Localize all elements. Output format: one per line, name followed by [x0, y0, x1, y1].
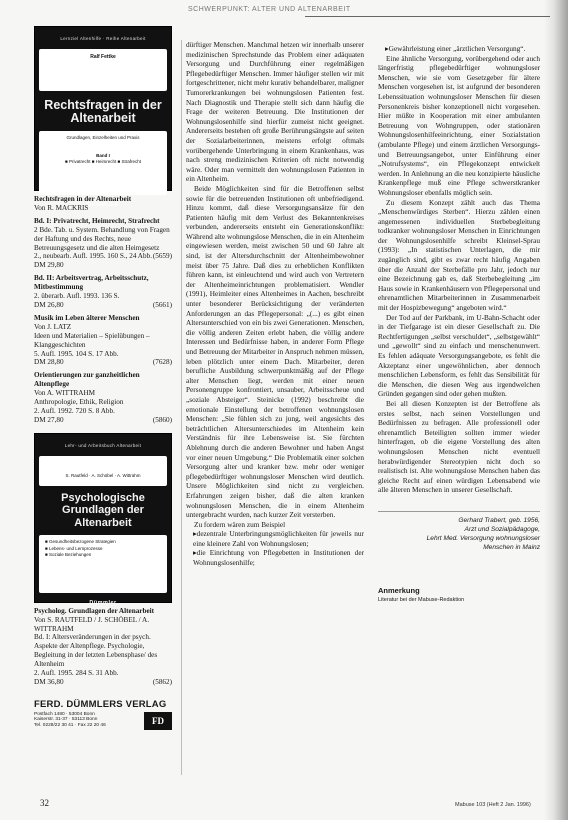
book-entry: Musik im Leben älterer Menschen Von J. L…	[34, 314, 172, 367]
author-signature: Gerhard Trabert, geb. 1956, Arzt und Soz…	[378, 511, 540, 552]
entry-edition: 2. Aufl. 1992. 720 S. 8 Abb.	[34, 407, 172, 416]
signature-line: Lehrt Med. Versorgung wohnungsloser	[378, 534, 540, 543]
page-number: 32	[40, 798, 49, 808]
entry-code: (5659)	[153, 252, 172, 270]
entry-code: (7628)	[153, 358, 172, 367]
entry-body: Ideen und Materialien – Spielübungen – K…	[34, 332, 172, 350]
publisher-contact: Postfach 1480 · 53004 Bonn Kaiserstr. 31…	[34, 712, 172, 730]
article-paragraph: Zu diesem Konzept zählt auch das Thema „…	[378, 198, 540, 313]
note-heading: Anmerkung	[378, 586, 540, 596]
advertisement-column: Lernziel Altenhilfe · Reihe Altenarbeit …	[34, 26, 172, 730]
header-rule	[305, 16, 550, 17]
entry-title: Bd. II: Arbeitsvertrag, Arbeitsschutz, M…	[34, 274, 172, 292]
page-edge-shadow	[544, 0, 568, 820]
book-cover-psychologische-grundlagen: Lehr- und Arbeitsbuch Altenarbeit S. Rau…	[34, 433, 172, 603]
article-paragraph: Eine ähnliche Versorgung, vorübergehend …	[378, 54, 540, 198]
article-paragraph: Bei all diesen Konzepten ist der Betroff…	[378, 399, 540, 495]
entry-title: Rechtsfragen in der Altenarbeit	[34, 195, 172, 204]
entry-body: Bd. I: Altersveränderungen in der psych.…	[34, 633, 172, 669]
publisher-logo-icon: FD	[144, 712, 172, 730]
book-entry: Bd. II: Arbeitsvertrag, Arbeitsschutz, M…	[34, 274, 172, 310]
cover-subtitle: Grundlagen, Einzelheiten und Praxis	[42, 135, 164, 141]
article-paragraph: dürftiger Menschen. Manchmal hetzen wir …	[186, 40, 364, 184]
article-paragraph: Zu fordern wären zum Beispiel	[186, 520, 364, 530]
publisher-name: FERD. DÜMMLERS VERLAG	[34, 701, 172, 710]
article-column-middle: dürftiger Menschen. Manchmal hetzen wir …	[186, 40, 364, 568]
signature-line: Arzt und Sozialpädagoge,	[378, 525, 540, 534]
article-bullet: dezentrale Unterbringungsmöglichkeiten f…	[186, 529, 364, 548]
article-paragraph: Beide Möglichkeiten sind für die Betroff…	[186, 184, 364, 520]
cover-subtitle-box: Grundlagen, Einzelheiten und Praxis Band…	[39, 131, 167, 195]
entry-title: Orientierungen zur ganzheitlichen Altenp…	[34, 371, 172, 389]
entry-price: DM 36,80	[34, 678, 64, 687]
cover-authors: S. Rautfeld · A. Schöbel · A. Wittrahm	[39, 456, 167, 486]
book-entry: Psycholog. Grundlagen der Altenarbeit Vo…	[34, 607, 172, 687]
book-entry: Orientierungen zur ganzheitlichen Altenp…	[34, 371, 172, 424]
entry-code: (5661)	[153, 301, 172, 310]
running-head: Schwerpunkt: Alter und Altenarbeit	[188, 6, 351, 13]
issue-footer: Mabuse 103 (Heft 2 Jan. 1996)	[455, 802, 531, 808]
article-bullet: Gewährleistung einer „ärztlichen Versorg…	[378, 44, 540, 54]
entry-author: Von J. LATZ	[34, 323, 172, 332]
entry-edition: 2. überarb. Aufl. 1993. 136 S.	[34, 292, 172, 301]
scanned-page: Schwerpunkt: Alter und Altenarbeit Lernz…	[0, 0, 568, 820]
cover-title: Rechtsfragen in der Altenarbeit	[39, 99, 167, 125]
book-entry: Bd. I: Privatrecht, Heimrecht, Strafrech…	[34, 217, 172, 270]
entry-price: DM 27,80	[34, 416, 64, 425]
entry-author: Von A. WITTRAHM	[34, 389, 172, 398]
entry-author: Von S. RAUTFELD / J. SCHÖBEL / A. WITTRA…	[34, 616, 172, 634]
entry-body: Anthropologie, Ethik, Religion	[34, 398, 172, 407]
article-column-right: Gewährleistung einer „ärztlichen Versorg…	[378, 44, 540, 605]
entry-edition: 5. Aufl. 1995. 104 S. 17 Abb.	[34, 350, 172, 359]
cover-volume-topics: ■ Privatrecht ■ Heimrecht ■ Strafrecht	[42, 159, 164, 165]
entry-title: Bd. I: Privatrecht, Heimrecht, Strafrech…	[34, 217, 172, 226]
cover-title: Psychologische Grundlagen der Altenarbei…	[39, 492, 167, 530]
signature-line: Gerhard Trabert, geb. 1956,	[378, 516, 540, 525]
note-text: Literatur bei der Mabuse-Redaktion	[378, 596, 540, 606]
entry-price: DM 28,80	[34, 358, 64, 367]
entry-body: 2 Bde. Tab. u. System. Behandlung von Fr…	[34, 226, 172, 253]
entry-edition: 2. Aufl. 1995. 284 S. 31 Abb.	[34, 669, 172, 678]
cover-bullets: ■ Gesundheitsbezogene Strategien ■ Leben…	[39, 535, 167, 593]
entry-title: Psycholog. Grundlagen der Altenarbeit	[34, 607, 172, 616]
entry-code: (5862)	[153, 678, 172, 687]
entry-code: (5860)	[153, 416, 172, 425]
cover-author: Ralf Fettke	[39, 49, 167, 91]
column-divider	[181, 40, 182, 775]
entry-edition: 2., neubearb. Aufl. 1995. 160 S., 24 Abb…	[34, 252, 153, 270]
article-paragraph: Der Tod auf der Parkbank, im U-Bahn-Scha…	[378, 313, 540, 399]
publisher-address-line: Tel. 0228/22 30 41 · Fax 22 20 46	[34, 723, 140, 729]
cover-series: Lehr- und Arbeitsbuch Altenarbeit	[39, 442, 167, 451]
book-cover-rechtsfragen: Lernziel Altenhilfe · Reihe Altenarbeit …	[34, 26, 172, 191]
cover-series: Lernziel Altenhilfe · Reihe Altenarbeit	[39, 35, 167, 44]
cover-bullet: ■ Soziale Beziehungen	[45, 552, 161, 559]
entry-title: Musik im Leben älterer Menschen	[34, 314, 172, 323]
article-bullet: die Einrichtung von Pflegebetten in Inst…	[186, 548, 364, 567]
signature-line: Menschen in Mainz	[378, 543, 540, 552]
entry-price: DM 26,80	[34, 301, 64, 310]
